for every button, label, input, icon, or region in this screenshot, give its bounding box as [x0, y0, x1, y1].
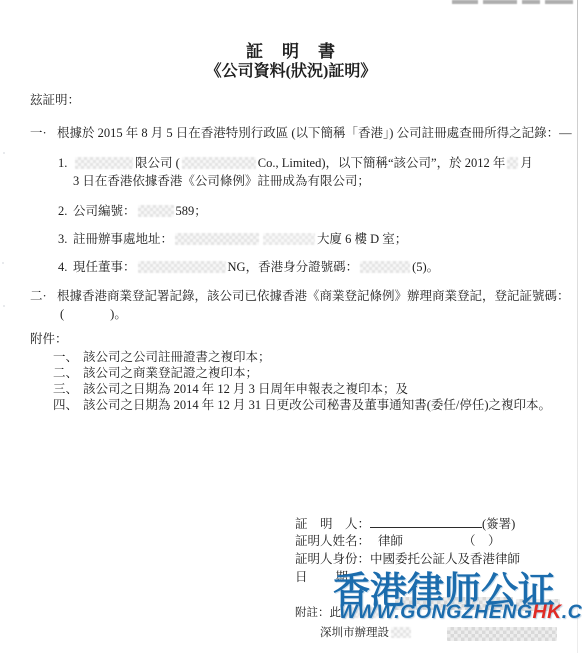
section-2-line-2: ()。 [60, 307, 127, 321]
attachment-text: 該公司之公司註冊證書之複印本； [83, 350, 271, 364]
attachment-number: 一、 [53, 350, 83, 364]
item-2-label: 公司編號： [73, 204, 136, 218]
name-paren: （ ） [463, 534, 501, 548]
signature-blank-line [370, 516, 482, 528]
watermark-url-hk: HK [533, 601, 562, 623]
attachment-number: 三、 [53, 382, 83, 396]
section-1-heading: 一·根據於 2015 年 8 月 5 日在香港特別行政區 (以下簡稱「香港」) … [30, 126, 572, 140]
footnote-text: 深圳市辦理設 [320, 627, 389, 639]
footnote-line-2: 深圳市辦理設 [320, 626, 413, 640]
blurred-fragment [522, 0, 540, 4]
certifier-line: 証 明 人：(簽署) [295, 516, 515, 531]
list-item-2: 2.公司編號：589； [58, 204, 207, 218]
attachment-number: 二、 [53, 366, 83, 380]
item-2-number: 2. [58, 204, 73, 218]
watermark-url: WWW.GONGZHENGHK.COM [339, 601, 582, 624]
paren-close: )。 [110, 307, 127, 321]
item-1-number: 1. [58, 156, 73, 170]
section-2-marker: 二· [30, 289, 57, 303]
name-label: 証明人姓名： [295, 534, 370, 548]
attachment-item: 四、該公司之日期為 2014 年 12 月 31 日更改公司秘書及董事通知書(委… [53, 398, 551, 412]
attachments-heading: 附件： [30, 332, 68, 346]
scan-speck [3, 305, 5, 307]
section-2-text: 根據香港商業登記署記錄，該公司已依據香港《商業登記條例》辦理商業登記，登記証號碼… [57, 289, 570, 303]
redacted-id-number [360, 261, 410, 273]
redacted-block [447, 627, 557, 641]
redacted-company-name-cn [75, 157, 133, 169]
item-2-value: 589； [176, 204, 207, 218]
sign-note: (簽署) [482, 517, 515, 531]
section-1-text: 根據於 2015 年 8 月 5 日在香港特別行政區 (以下簡稱「香港」) 公司… [57, 126, 572, 140]
scan-speck [3, 152, 5, 154]
paren-open: ( [60, 307, 64, 321]
blurred-fragment [483, 0, 517, 4]
item-3-label: 註冊辦事處地址： [73, 232, 173, 246]
item-1-text: 月 [520, 156, 533, 170]
attachment-item: 三、該公司之日期為 2014 年 12 月 3 日周年申報表之複印本；及 [53, 382, 408, 396]
certifier-label: 証 明 人： [295, 517, 370, 531]
item-1-text: 限公司 ( [135, 156, 180, 170]
date-label: 日 [295, 570, 308, 584]
list-item-4: 4.現任董事：NG，香港身分證號碼：(5)。 [58, 260, 439, 274]
intro-line: 玆証明： [30, 93, 80, 107]
item-4-value: (5)。 [412, 260, 439, 274]
item-3-value: 大廈 6 樓 D 室； [317, 232, 407, 246]
watermark-url-part2: .COM [562, 601, 582, 623]
blurred-fragment [452, 0, 478, 4]
redacted-company-name-en [182, 157, 256, 169]
redacted-director-name [138, 261, 226, 273]
attachment-text: 該公司之日期為 2014 年 12 月 31 日更改公司秘書及董事通知書(委任/… [83, 398, 551, 412]
attachment-item: 二、該公司之商業登記證之複印本； [53, 366, 258, 380]
list-item-3: 3.註冊辦事處地址：大廈 6 樓 D 室； [58, 232, 407, 246]
document-subtitle: 《公司資料(狀況)証明》 [0, 58, 582, 81]
attachment-number: 四、 [53, 398, 83, 412]
item-1-text: Co., Limited)，以下簡稱“該公司”，於 2012 年 [258, 156, 506, 170]
item-4-text: NG，香港身分證號碼： [228, 260, 359, 274]
watermark-url-part1: WWW.GONGZHENG [339, 601, 533, 623]
attachment-item: 一、該公司之公司註冊證書之複印本； [53, 350, 271, 364]
redacted-footnote [391, 627, 411, 638]
attachment-text: 該公司之商業登記證之複印本； [83, 366, 258, 380]
redacted-month [507, 157, 518, 169]
item-4-label: 現任董事： [73, 260, 136, 274]
scan-speck [2, 262, 4, 264]
item-3-number: 3. [58, 232, 73, 246]
section-2-heading: 二·根據香港商業登記署記錄，該公司已依據香港《商業登記條例》辦理商業登記，登記証… [30, 289, 570, 303]
list-item-1-line-2: 3 日在香港依據香港《公司條例》註冊成為有限公司； [73, 174, 370, 188]
redacted-address-part [263, 233, 315, 245]
redacted-address-part [175, 233, 259, 245]
certificate-page: 証 明 書 《公司資料(狀況)証明》 玆証明： 一·根據於 2015 年 8 月… [0, 0, 582, 653]
attachment-text: 該公司之日期為 2014 年 12 月 3 日周年申報表之複印本；及 [83, 382, 408, 396]
redacted-company-number [138, 205, 174, 217]
top-edge-text-fragment [452, 0, 576, 6]
list-item-1-line-1: 1.限公司 (Co., Limited)，以下簡稱“該公司”，於 2012 年月 [58, 156, 533, 170]
scan-edge-line [577, 0, 578, 653]
name-value: 律師 [378, 534, 403, 548]
item-4-number: 4. [58, 260, 73, 274]
certifier-name-line: 証明人姓名：律師（ ） [295, 534, 501, 548]
section-1-marker: 一· [30, 126, 57, 140]
blurred-fragment [545, 0, 573, 4]
